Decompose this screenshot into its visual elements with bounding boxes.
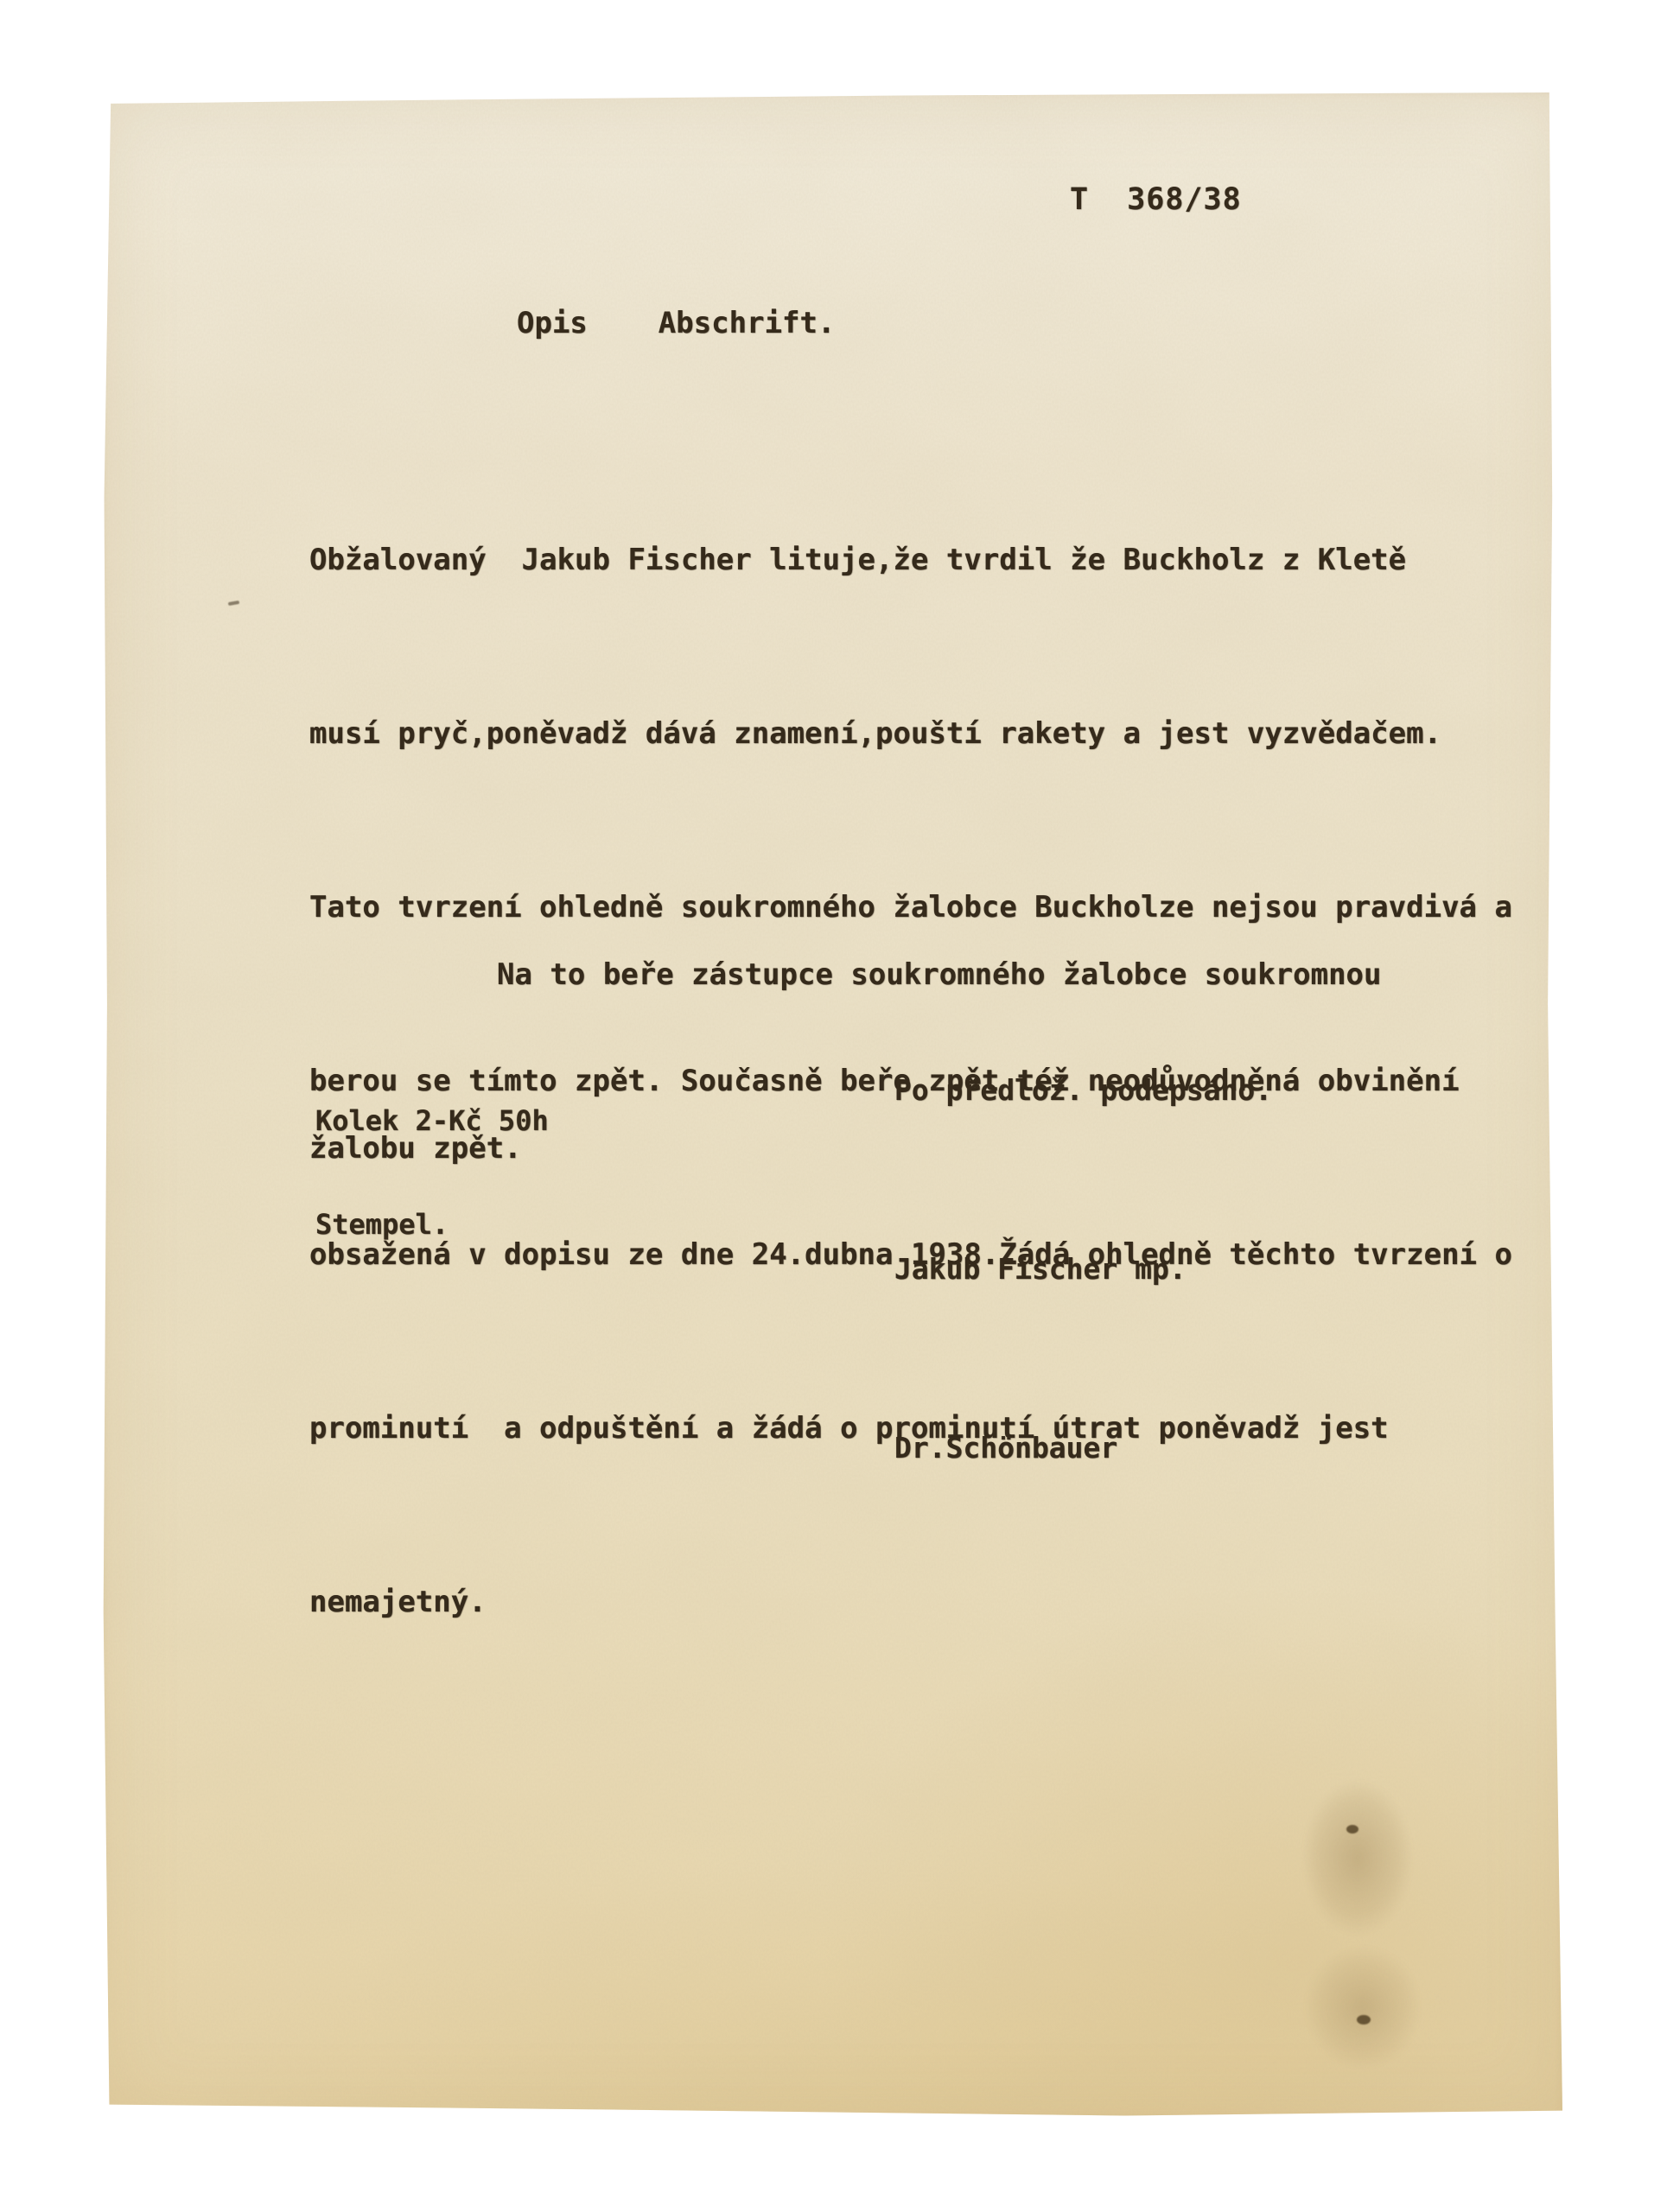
typewritten-line: musí pryč,poněvadž dává znamení,pouští r… — [309, 705, 1485, 763]
signature-line: Po předlož. podepsáno. — [894, 1060, 1272, 1120]
stray-ink-mark — [228, 601, 239, 606]
stamp-note-line: Kolek 2-Kč 50h — [315, 1103, 549, 1138]
signature-block: Po předlož. podepsáno. Jakub Fischer mp.… — [894, 941, 1272, 1597]
ink-speck — [1346, 1825, 1358, 1834]
scan-background: T 368/38 Opis Abschrift. Obžalovaný Jaku… — [0, 0, 1667, 2212]
signature-line: Dr.Schönbauer — [894, 1418, 1272, 1478]
document-paper: T 368/38 Opis Abschrift. Obžalovaný Jaku… — [102, 92, 1562, 2119]
paper-stain-lower — [1293, 1942, 1448, 2106]
stamp-note-line: Stempel. — [315, 1207, 549, 1242]
signature-line: Jakub Fischer mp. — [894, 1239, 1272, 1299]
typewritten-line: Obžalovaný Jakub Fischer lituje,že tvrdi… — [309, 531, 1485, 589]
ink-speck — [1357, 2015, 1371, 2024]
file-number: T 368/38 — [1070, 182, 1242, 217]
paper-stain-upper — [1284, 1764, 1431, 1972]
document-heading: Opis Abschrift. — [517, 306, 835, 340]
stamp-note: Kolek 2-Kč 50h Stempel. — [315, 1034, 549, 1311]
